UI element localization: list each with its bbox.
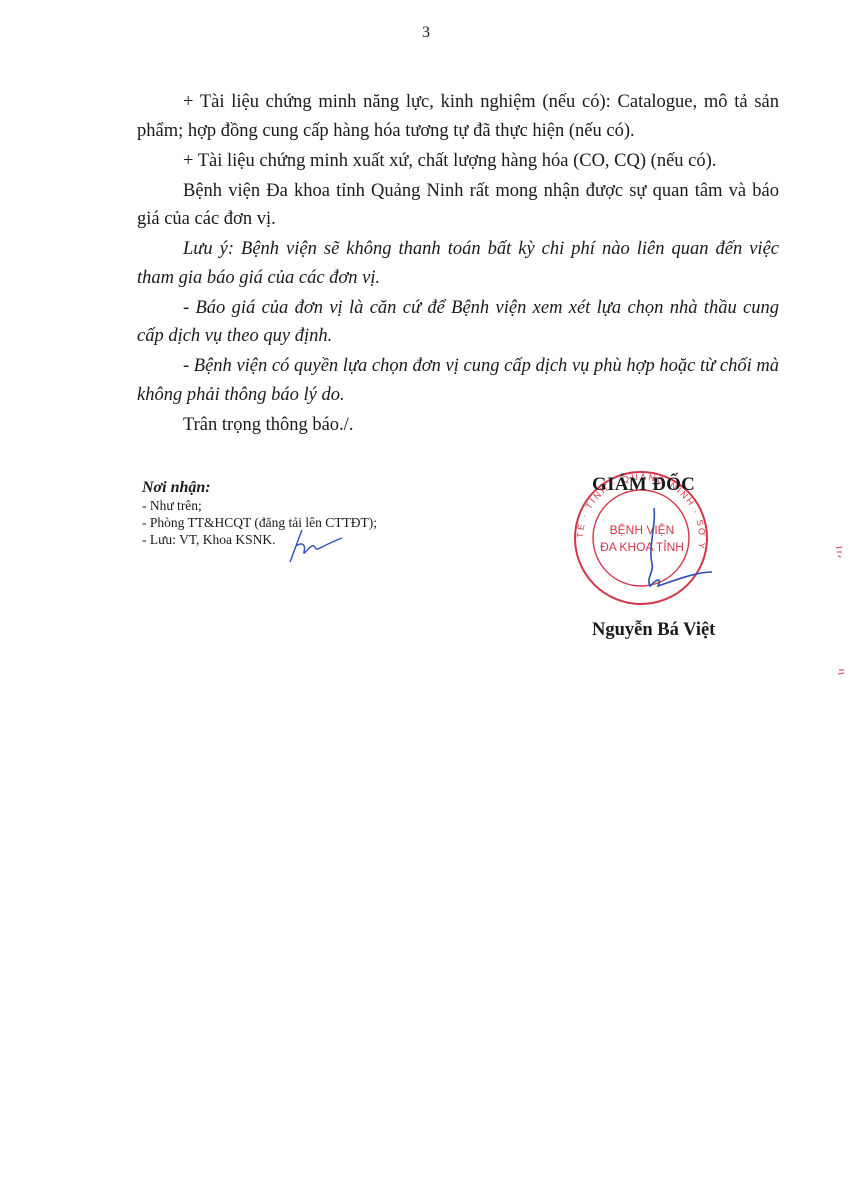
seam-stamp-fragment-icon	[826, 540, 846, 680]
stamp-line-1: BỆNH VIỆN	[610, 522, 675, 537]
recipient-item: - Như trên;	[142, 497, 377, 514]
paragraph-closing: Trân trọng thông báo./.	[137, 411, 779, 440]
document-body: + Tài liệu chứng minh năng lực, kinh ngh…	[137, 88, 779, 441]
signer-name: Nguyễn Bá Việt	[592, 620, 715, 641]
paragraph-quote-basis: - Báo giá của đơn vị là căn cứ để Bệnh v…	[137, 294, 779, 351]
paragraph-note: Lưu ý: Bệnh viện sẽ không thanh toán bất…	[137, 235, 779, 292]
page-number: 3	[0, 24, 852, 42]
stamp-line-2: ĐA KHOA TỈNH	[600, 539, 684, 554]
paragraph-right-to-select: - Bệnh viện có quyền lựa chọn đơn vị cun…	[137, 352, 779, 409]
recipients-title: Nơi nhận:	[142, 478, 377, 497]
paragraph-origin-docs: + Tài liệu chứng minh xuất xứ, chất lượn…	[137, 147, 779, 176]
paragraph-request: Bệnh viện Đa khoa tỉnh Quảng Ninh rất mo…	[137, 177, 779, 234]
signer-title: GIÁM ĐỐC	[592, 474, 695, 496]
initial-signature-icon	[282, 526, 344, 566]
paragraph-capability-docs: + Tài liệu chứng minh năng lực, kinh ngh…	[137, 88, 779, 145]
